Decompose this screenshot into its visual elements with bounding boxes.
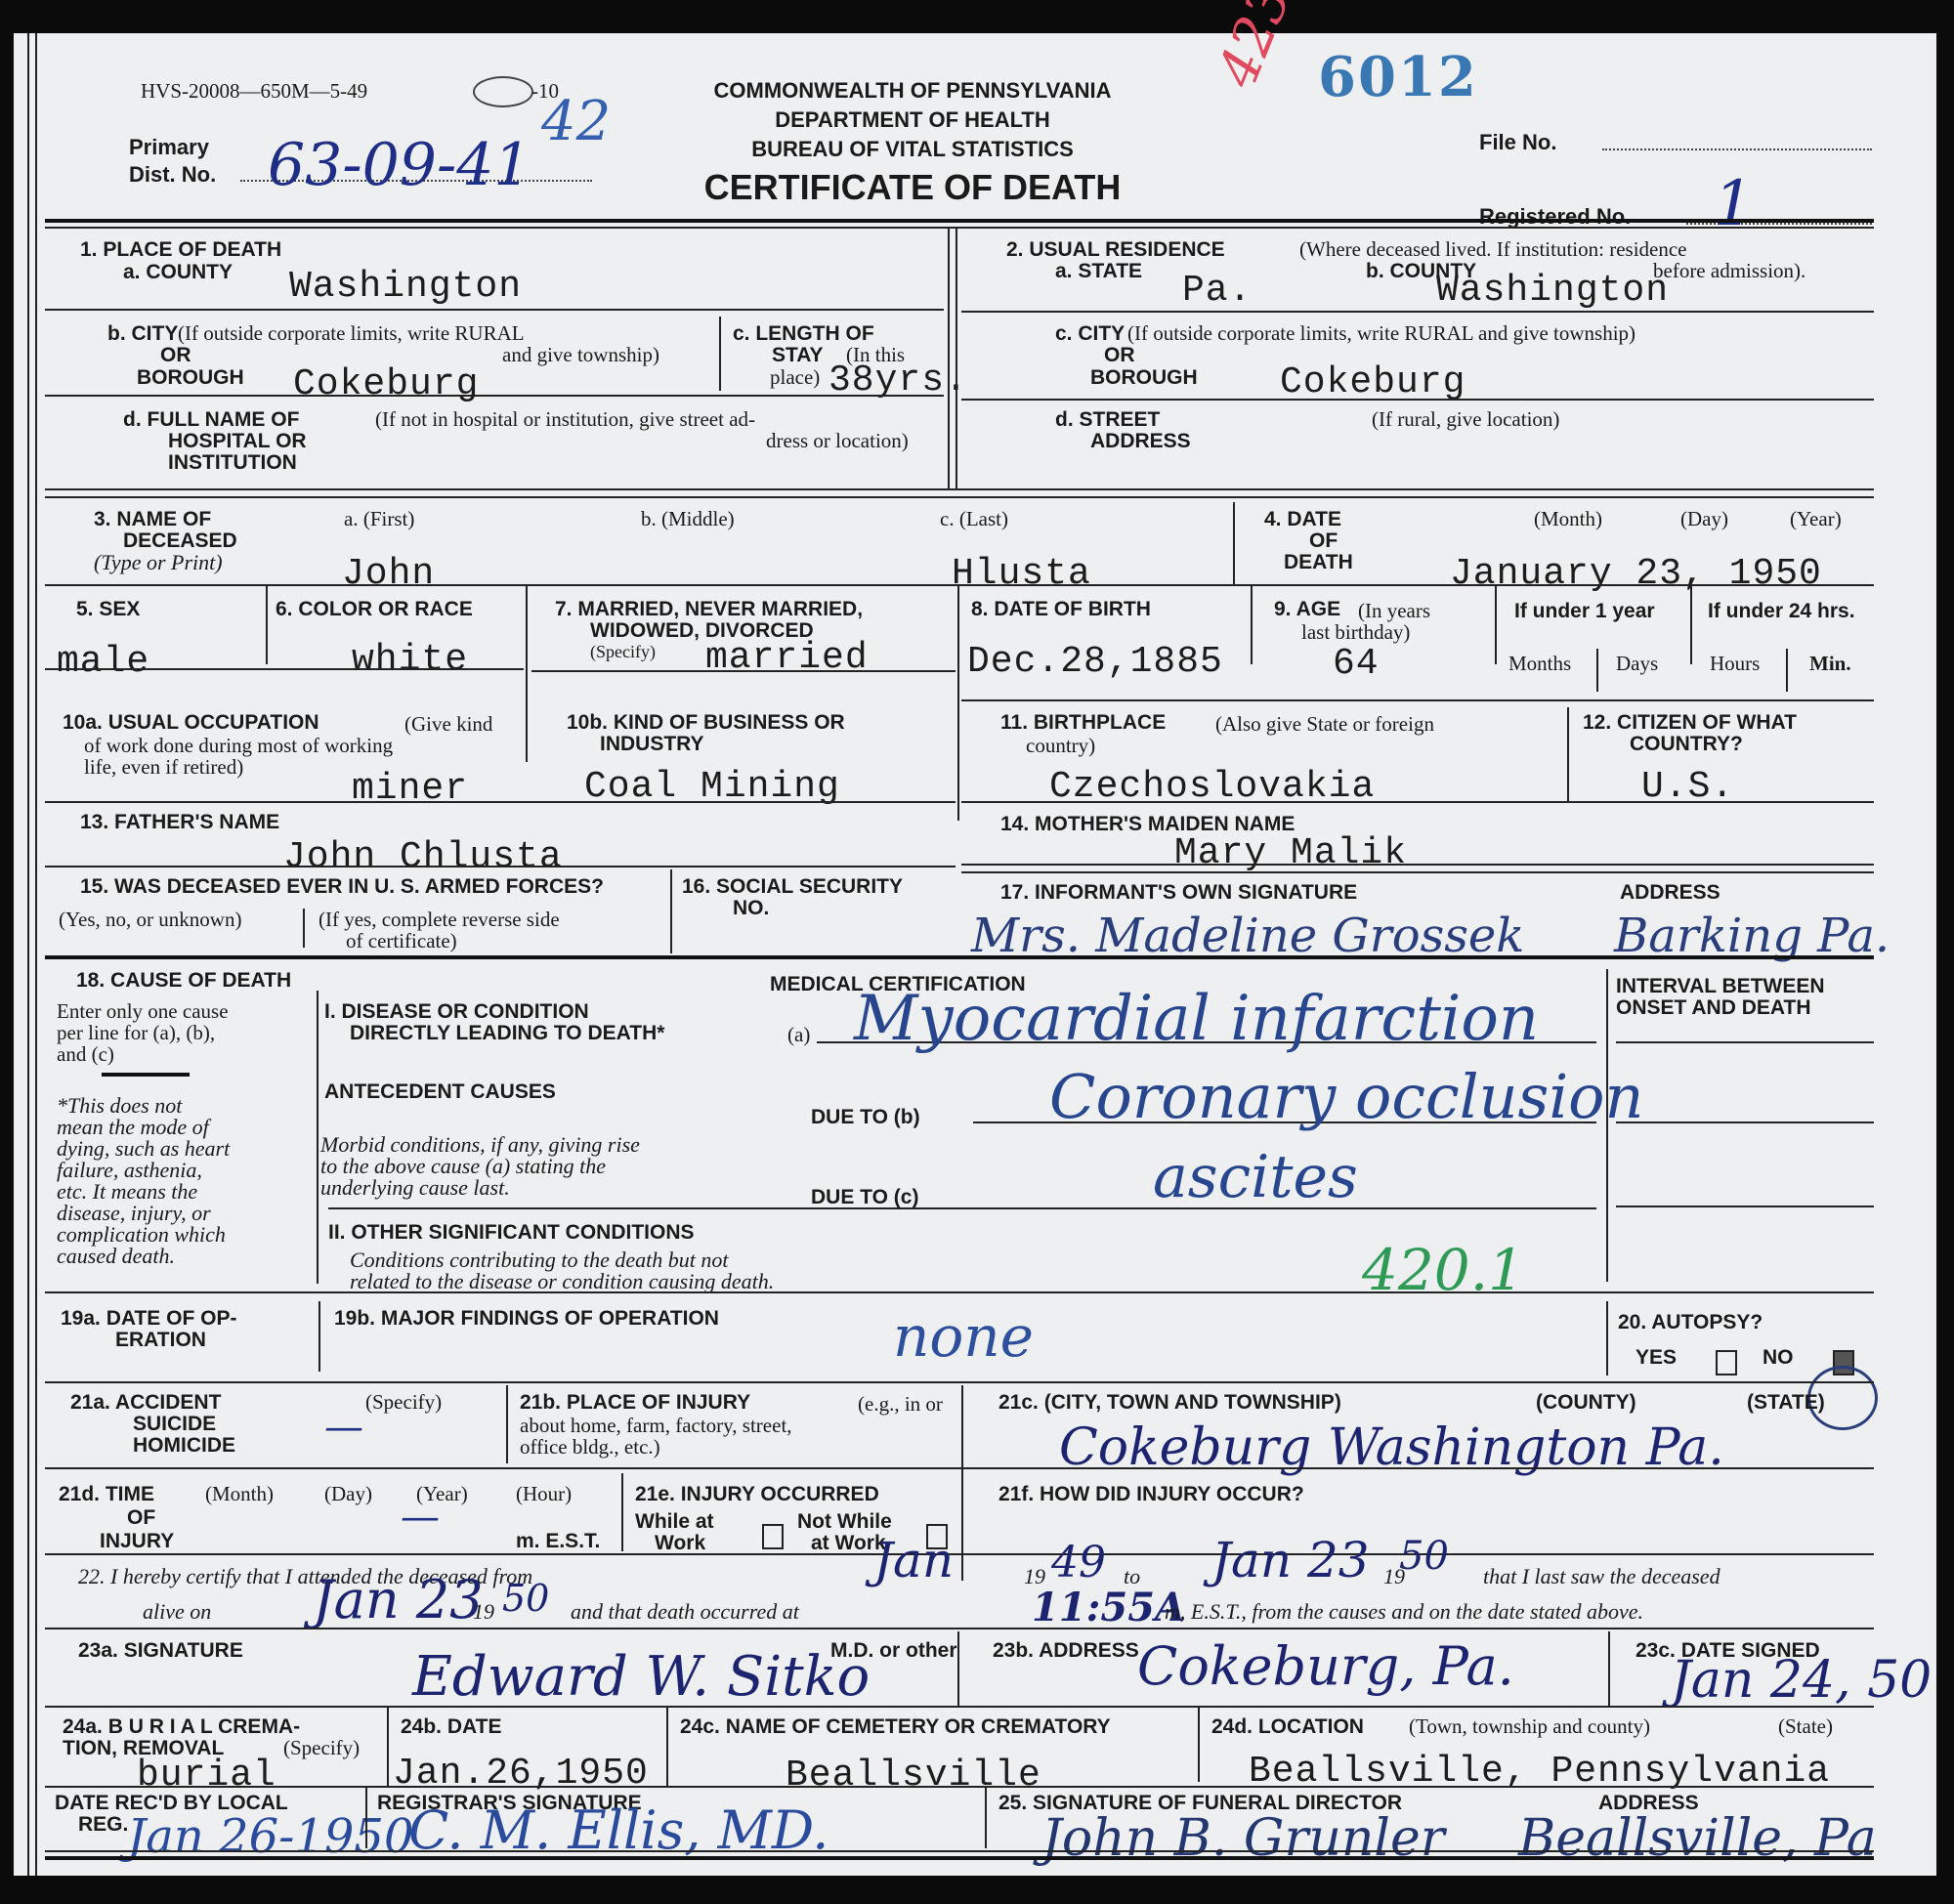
line-a-label: (a) xyxy=(787,1024,810,1046)
race-value: white xyxy=(352,641,468,680)
cert-from-value: Jan xyxy=(873,1532,954,1588)
street-label: d. STREET xyxy=(1055,408,1160,431)
name-label-3: (Type or Print) xyxy=(94,551,223,573)
rule xyxy=(621,1473,623,1551)
page-title: CERTIFICATE OF DEATH xyxy=(610,166,1215,209)
rule xyxy=(387,1706,389,1786)
stay-label-2: STAY xyxy=(772,344,824,366)
section-divider xyxy=(948,229,950,488)
footnote-5: etc. It means the xyxy=(57,1180,197,1203)
rule xyxy=(961,871,1874,873)
registered-no-label: Registered No. xyxy=(1479,205,1631,228)
months-label: Months xyxy=(1508,653,1571,675)
hospital-label-3: INSTITUTION xyxy=(168,451,297,474)
file-no-line xyxy=(1602,148,1872,150)
injury-time-month: (Month) xyxy=(205,1483,274,1505)
rule xyxy=(985,1788,987,1848)
operation-date-label-2: ERATION xyxy=(115,1329,206,1351)
due-to-b-label: DUE TO (b) xyxy=(811,1106,920,1128)
rule xyxy=(1233,502,1235,584)
date-of-death-label-2: OF xyxy=(1309,529,1338,552)
rule xyxy=(45,395,944,397)
due-to-c-label: DUE TO (c) xyxy=(811,1186,918,1208)
injury-location-state: (STATE) xyxy=(1747,1391,1825,1414)
cert-alive-year: 50 xyxy=(502,1577,549,1620)
rule xyxy=(961,311,1874,313)
instructions-3: and (c) xyxy=(57,1043,114,1066)
dist-no-label: Dist. No. xyxy=(129,163,216,186)
name-label: 3. NAME OF xyxy=(94,508,211,530)
birthplace-note-2: country) xyxy=(1026,735,1095,757)
rule xyxy=(45,1467,1874,1469)
rule xyxy=(365,1788,367,1848)
left-border-inner xyxy=(35,33,37,1876)
injury-time-hour: (Hour) xyxy=(516,1483,572,1505)
mother-value: Mary Malik xyxy=(1174,834,1407,873)
while-work-label-2: Work xyxy=(655,1532,705,1554)
signature-label: 23a. SIGNATURE xyxy=(78,1639,243,1662)
age-note-1: (In years xyxy=(1358,600,1430,622)
rule xyxy=(506,1385,508,1463)
rule xyxy=(1690,586,1692,664)
rule xyxy=(1786,649,1788,692)
operation-date-label: 19a. DATE OF OP- xyxy=(61,1307,236,1330)
rule xyxy=(1567,707,1569,801)
rule xyxy=(1495,586,1497,664)
residence-city-borough: BOROUGH xyxy=(1090,366,1198,389)
part1-label: I. DISEASE OR CONDITION xyxy=(324,1000,589,1023)
date-of-death-label: 4. DATE xyxy=(1264,508,1341,530)
cert-death-at-label: and that death occurred at xyxy=(571,1600,799,1623)
age-label: 9. AGE xyxy=(1274,598,1340,620)
physician-address: Cokeburg, Pa. xyxy=(1137,1635,1514,1697)
rule xyxy=(319,1301,320,1372)
rule xyxy=(45,801,956,803)
marital-value: married xyxy=(705,639,869,678)
footnote-6: disease, injury, or xyxy=(57,1202,211,1224)
industry-label-2: INDUSTRY xyxy=(600,733,704,755)
hours-label: Hours xyxy=(1710,653,1760,675)
death-city-value: Cokeburg xyxy=(293,365,479,404)
injury-type-value: — xyxy=(324,1405,363,1450)
primary-dist-value: 63-09-41 xyxy=(268,131,531,199)
md-label: M.D. or other xyxy=(830,1639,957,1662)
industry-label: 10b. KIND OF BUSINESS OR xyxy=(567,711,845,734)
rule xyxy=(1198,1706,1200,1782)
social-security-label: 16. SOCIAL SECURITY xyxy=(682,875,903,898)
rule xyxy=(45,309,944,311)
file-no-label: File No. xyxy=(1479,131,1556,153)
rule xyxy=(1251,586,1253,664)
sex-value: male xyxy=(57,643,149,682)
age-value: 64 xyxy=(1333,645,1380,684)
race-label: 6. COLOR OR RACE xyxy=(276,598,473,620)
rule xyxy=(328,1207,1596,1209)
autopsy-label: 20. AUTOPSY? xyxy=(1618,1311,1763,1333)
injury-place-note-3: office bldg., etc.) xyxy=(520,1436,660,1459)
rule xyxy=(961,801,1874,803)
rule xyxy=(1608,1631,1610,1708)
informant-label: 17. INFORMANT'S OWN SIGNATURE xyxy=(1000,881,1357,904)
occupation-label: 10a. USUAL OCCUPATION xyxy=(63,711,319,734)
footnote-8: caused death. xyxy=(57,1245,175,1267)
usual-residence-label: 2. USUAL RESIDENCE xyxy=(1006,238,1225,261)
rule xyxy=(957,1631,959,1708)
autopsy-yes-checkbox[interactable] xyxy=(1716,1350,1737,1375)
not-while-label: Not While xyxy=(797,1510,892,1533)
residence-note-2: before admission). xyxy=(1653,260,1805,282)
antecedent-label: ANTECEDENT CAUSES xyxy=(324,1080,556,1103)
injury-time-label-2: OF xyxy=(127,1506,155,1529)
header-rule-2 xyxy=(45,227,1874,229)
stay-note-2: place) xyxy=(770,366,820,389)
marital-label: 7. MARRIED, NEVER MARRIED, xyxy=(555,598,863,620)
rule xyxy=(1606,969,1608,1282)
armed-forces-note-1: (Yes, no, or unknown) xyxy=(59,909,241,931)
part2-note-1: Conditions contributing to the death but… xyxy=(350,1248,728,1271)
rule xyxy=(670,869,672,953)
rule xyxy=(957,586,959,821)
section-divider-2 xyxy=(956,229,957,488)
injury-time-est: m. E.S.T. xyxy=(516,1530,600,1552)
morbid-2: to the above cause (a) stating the xyxy=(320,1155,606,1177)
rule xyxy=(102,1073,190,1077)
injury-location-county: (COUNTY) xyxy=(1536,1391,1636,1414)
morbid-3: underlying cause last. xyxy=(320,1176,510,1199)
primary-dist-label: Primary xyxy=(129,136,209,158)
rule xyxy=(45,1850,1874,1852)
year-label: (Year) xyxy=(1790,508,1842,530)
rule xyxy=(45,1381,1874,1383)
birthplace-note-1: (Also give State or foreign xyxy=(1215,713,1434,736)
city-or: OR xyxy=(160,344,191,366)
rule xyxy=(45,584,1874,586)
cert-alive-year-prefix: 19 xyxy=(473,1600,494,1623)
interval-label-2: ONSET AND DEATH xyxy=(1616,996,1811,1019)
date-of-death-value: January 23, 1950 xyxy=(1450,555,1822,594)
union-label-icon xyxy=(473,76,533,107)
date-signed-value: Jan 24, 50 xyxy=(1671,1651,1932,1710)
age-note-2: last birthday) xyxy=(1301,621,1410,644)
residence-city-value: Cokeburg xyxy=(1280,363,1465,402)
cert-to-year: 50 xyxy=(1399,1534,1449,1579)
informant-address-label: ADDRESS xyxy=(1620,881,1720,904)
hospital-note-1: (If not in hospital or institution, give… xyxy=(375,408,755,431)
burial-type-value: burial xyxy=(137,1756,276,1796)
month-label: (Month) xyxy=(1534,508,1602,530)
injury-type-label-2: SUICIDE xyxy=(133,1413,216,1435)
part2-label: II. OTHER SIGNIFICANT CONDITIONS xyxy=(328,1221,695,1244)
rule xyxy=(961,699,1874,701)
rule xyxy=(45,1553,1874,1555)
rule xyxy=(1616,1206,1874,1207)
under-year-label: If under 1 year xyxy=(1514,600,1655,622)
part1-label-2: DIRECTLY LEADING TO DEATH* xyxy=(350,1022,664,1044)
hospital-label: d. FULL NAME OF xyxy=(123,408,299,431)
injury-type-label-3: HOMICIDE xyxy=(133,1434,235,1457)
cause-of-death-label: 18. CAUSE OF DEATH xyxy=(76,969,291,992)
form-code: HVS-20008—650M—5-49 xyxy=(141,80,367,103)
burial-type-label: 24a. B U R I A L CREMA- xyxy=(63,1715,300,1738)
red-annotation: 423 xyxy=(1206,0,1303,96)
rule xyxy=(961,399,1874,401)
date-received-label-2: REG. xyxy=(78,1813,128,1836)
citizen-label-2: COUNTRY? xyxy=(1630,733,1743,755)
days-label: Days xyxy=(1616,653,1658,675)
social-security-label-2: NO. xyxy=(733,897,769,919)
header-rule xyxy=(45,219,1874,223)
rule xyxy=(45,1706,1874,1708)
injury-time-label-3: INJURY xyxy=(100,1530,174,1552)
rule xyxy=(961,864,1874,866)
min-label: Min. xyxy=(1809,653,1851,675)
operation-findings-value: none xyxy=(893,1303,1034,1370)
rule xyxy=(45,1628,1874,1629)
father-label: 13. FATHER'S NAME xyxy=(80,811,279,833)
last-name-value: Hlusta xyxy=(952,555,1091,594)
injury-place-note-2: about home, farm, factory, street, xyxy=(520,1415,792,1437)
last-name-label: c. (Last) xyxy=(940,508,1008,530)
footnote-2: mean the mode of xyxy=(57,1116,209,1138)
armed-forces-label: 15. WAS DECEASED EVER IN U. S. ARMED FOR… xyxy=(80,875,604,898)
residence-county-value: Washington xyxy=(1436,272,1669,311)
hospital-label-2: HOSPITAL OR xyxy=(168,430,307,452)
armed-forces-note-3: of certificate) xyxy=(346,930,457,952)
org-line-1: COMMONWEALTH OF PENNSYLVANIA xyxy=(639,76,1186,106)
instructions-2: per line for (a), (b), xyxy=(57,1022,215,1044)
rule xyxy=(526,586,528,762)
injury-place-label: 21b. PLACE OF INJURY xyxy=(520,1391,750,1414)
cause-b-value: Coronary occlusion xyxy=(1049,1061,1643,1132)
injury-location-label: 21c. (CITY, TOWN AND TOWNSHIP) xyxy=(998,1391,1341,1414)
county-label: a. COUNTY xyxy=(123,261,233,283)
father-value: John Chlusta xyxy=(283,838,563,877)
date-of-death-label-3: DEATH xyxy=(1284,551,1353,573)
footnote-1: *This does not xyxy=(57,1094,182,1117)
cemetery-label: 24c. NAME OF CEMETERY OR CREMATORY xyxy=(680,1715,1111,1738)
cert-to-value: Jan 23 xyxy=(1211,1532,1370,1588)
first-name-label: a. (First) xyxy=(344,508,414,530)
rule xyxy=(666,1706,668,1786)
address-label: 23b. ADDRESS xyxy=(993,1639,1139,1662)
occupation-note-2: of work done during most of working xyxy=(84,735,393,757)
stamp-number: 6012 xyxy=(1318,45,1478,109)
rule xyxy=(45,1786,1874,1788)
stay-label: c. LENGTH OF xyxy=(733,322,874,345)
rule xyxy=(45,496,1874,498)
hospital-note-2: dress or location) xyxy=(766,430,909,452)
city-note-2: and give township) xyxy=(502,344,659,366)
death-certificate: HVS-20008—650M—5-49 -10 Primary Dist. No… xyxy=(14,33,1936,1876)
cert-death-time-suffix: m, E.S.T., from the causes and on the da… xyxy=(1165,1600,1643,1623)
rule xyxy=(45,955,1874,959)
cause-a-value: Myocardial infarction xyxy=(854,983,1539,1055)
residence-note-1: (Where deceased lived. If institution: r… xyxy=(1299,238,1687,261)
sex-label: 5. SEX xyxy=(76,598,140,620)
rule xyxy=(303,909,305,948)
day-label: (Day) xyxy=(1680,508,1728,530)
instructions-1: Enter only one cause xyxy=(57,1000,229,1023)
cert-from-year: 49 xyxy=(1051,1538,1106,1587)
cert-line1-suffix: that I last saw the deceased xyxy=(1483,1565,1720,1587)
burial-type-specify: (Specify) xyxy=(283,1737,360,1759)
injury-place-note-1: (e.g., in or xyxy=(858,1393,943,1416)
burial-date-label: 24b. DATE xyxy=(401,1715,501,1738)
autopsy-no-label: NO xyxy=(1763,1346,1794,1369)
injury-time-value: — xyxy=(401,1495,440,1540)
cause-c-value: ascites xyxy=(1153,1143,1358,1211)
armed-forces-note-2: (If yes, complete reverse side xyxy=(319,909,560,931)
rule xyxy=(531,670,956,672)
rule xyxy=(45,1291,1874,1293)
rule xyxy=(1616,1121,1874,1123)
state-label: a. STATE xyxy=(1055,260,1142,282)
rule xyxy=(961,1385,963,1581)
injury-time-day: (Day) xyxy=(324,1483,372,1505)
birth-date-value: Dec.28,1885 xyxy=(967,643,1223,682)
operation-findings-label: 19b. MAJOR FINDINGS OF OPERATION xyxy=(334,1307,719,1330)
city-borough: BOROUGH xyxy=(137,366,244,389)
city-note-1: (If outside corporate limits, write RURA… xyxy=(178,322,525,345)
footnote-4: failure, asthenia, xyxy=(57,1159,202,1181)
cert-alive-label: alive on xyxy=(143,1600,211,1623)
residence-city-label: c. CITY xyxy=(1055,322,1125,345)
rule xyxy=(45,488,1874,490)
physician-signature: Edward W. Sitko xyxy=(412,1645,870,1709)
rule xyxy=(719,317,721,391)
while-work-label: While at xyxy=(635,1510,714,1533)
burial-date-value: Jan.26,1950 xyxy=(393,1755,649,1794)
street-label-2: ADDRESS xyxy=(1090,430,1191,452)
rule xyxy=(317,991,319,1284)
citizen-label: 12. CITIZEN OF WHAT xyxy=(1583,711,1797,734)
autopsy-yes-label: YES xyxy=(1635,1346,1677,1369)
under-24-label: If under 24 hrs. xyxy=(1708,600,1855,622)
injury-type-label: 21a. ACCIDENT xyxy=(70,1391,221,1414)
occupation-note-1: (Give kind xyxy=(404,713,492,736)
injury-time-label: 21d. TIME xyxy=(59,1483,154,1505)
interval-label: INTERVAL BETWEEN xyxy=(1616,975,1825,997)
left-border xyxy=(27,33,29,1876)
injury-occurred-label: 21e. INJURY OCCURRED xyxy=(635,1483,879,1505)
rule xyxy=(266,586,268,664)
death-county-value: Washington xyxy=(289,268,522,307)
occupation-note-3: life, even if retired) xyxy=(84,756,243,779)
rule xyxy=(45,1856,1874,1860)
residence-city-note: (If outside corporate limits, write RURA… xyxy=(1127,322,1635,345)
residence-state-value: Pa. xyxy=(1182,272,1252,311)
footnote-3: dying, such as heart xyxy=(57,1137,230,1160)
city-label: b. CITY xyxy=(107,322,178,345)
rule xyxy=(45,866,956,867)
morbid-1: Morbid conditions, if any, giving rise xyxy=(320,1133,640,1156)
cert-alive-value: Jan 23 xyxy=(313,1569,484,1630)
registered-no-value: 1 xyxy=(1714,168,1754,240)
rule xyxy=(1596,649,1598,692)
burial-location-label: 24d. LOCATION xyxy=(1211,1715,1364,1738)
middle-name-label: b. (Middle) xyxy=(641,508,735,530)
part2-note-2: related to the disease or condition caus… xyxy=(350,1270,774,1292)
injury-type-specify: (Specify) xyxy=(365,1391,442,1414)
rule xyxy=(45,668,524,670)
footnote-7: complication which xyxy=(57,1223,226,1246)
rule xyxy=(1616,1041,1874,1043)
name-label-2: DECEASED xyxy=(123,529,237,552)
cemetery-value: Beallsville xyxy=(786,1756,1041,1796)
marital-specify: (Specify) xyxy=(590,641,656,663)
primary-dist-correction: 42 xyxy=(541,90,611,153)
place-of-death-label: 1. PLACE OF DEATH xyxy=(80,238,281,261)
occupation-value: miner xyxy=(352,770,468,809)
residence-city-or: OR xyxy=(1104,344,1135,366)
while-work-checkbox[interactable] xyxy=(762,1524,784,1549)
burial-location-state: (State) xyxy=(1778,1715,1833,1738)
birthplace-label: 11. BIRTHPLACE xyxy=(1000,711,1166,734)
cert-death-time: 11:55A xyxy=(1032,1585,1185,1630)
rule xyxy=(1606,1301,1608,1375)
org-line-2: DEPARTMENT OF HEALTH xyxy=(639,106,1186,135)
how-injury-label: 21f. HOW DID INJURY OCCUR? xyxy=(998,1483,1304,1505)
org-line-3: BUREAU OF VITAL STATISTICS xyxy=(639,135,1186,164)
burial-location-note: (Town, township and county) xyxy=(1409,1715,1650,1738)
birth-date-label: 8. DATE OF BIRTH xyxy=(971,598,1151,620)
first-name-value: John xyxy=(342,555,435,594)
street-note: (If rural, give location) xyxy=(1372,408,1559,431)
